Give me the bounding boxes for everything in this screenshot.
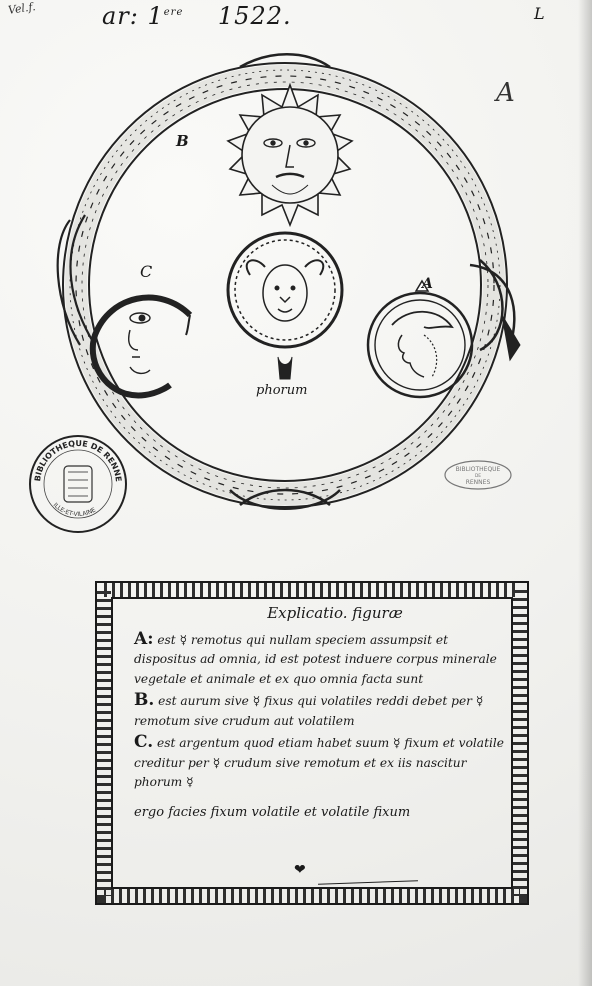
library-stamp-icon: BIBLIOTHEQUE DE RENNES ILLE-ET-VILAINE (26, 432, 130, 536)
paragraph-a-text: est ☿ remotus qui nullam speciem assumps… (134, 633, 497, 686)
moon-icon (93, 298, 190, 396)
heading-year: 1522. (218, 2, 292, 30)
figure-label-phorum: phorum (256, 383, 307, 398)
figure-label-b: B (176, 132, 189, 150)
svg-text:BIBLIOTHEQUE: BIBLIOTHEQUE (456, 466, 501, 473)
svg-text:BIBLIOTHEQUE DE RENNES: BIBLIOTHEQUE DE RENNES (26, 432, 123, 482)
paragraph-c-marker: C. (134, 732, 153, 752)
heading-superscript: ere (164, 7, 184, 18)
sun-icon (228, 85, 352, 225)
svg-text:ILLE-ET-VILAINE: ILLE-ET-VILAINE (52, 502, 97, 518)
paragraph-a-marker: A: (134, 629, 153, 649)
paragraph-b-marker: B. (134, 690, 154, 710)
page-heading: ar: 1ere 1522. (102, 2, 292, 30)
explanation-panel: Explicatio. figuræ A: est ☿ remotus qui … (134, 604, 506, 822)
corner-mark: L (534, 4, 545, 23)
svg-text:RENNES: RENNES (466, 479, 491, 486)
page-edge-shadow (578, 0, 592, 986)
horned-head-medallion-icon (228, 233, 342, 379)
paragraph-c-text: est argentum quod etiam habet suum ☿ fix… (134, 736, 504, 789)
paragraph-c: C. est argentum quod etiam habet suum ☿ … (134, 733, 506, 793)
figure-label-c: C (140, 262, 152, 281)
paragraph-a: A: est ☿ remotus qui nullam speciem assu… (134, 630, 506, 690)
closing-line: ergo facies fixum volatile et volatile f… (134, 803, 506, 823)
paragraph-b-text: est aurum sive ☿ fixus qui volatiles red… (134, 694, 483, 728)
heart-monogram-icon: ❤ (294, 862, 306, 878)
explanation-title: Explicatio. figuræ (134, 604, 506, 624)
small-library-stamp-icon: BIBLIOTHEQUE DE RENNES (442, 458, 514, 492)
paragraph-b: B. est aurum sive ☿ fixus qui volatiles … (134, 691, 506, 731)
figure-label-a: A (422, 276, 433, 292)
heading-title: ar: 1 (102, 2, 164, 30)
